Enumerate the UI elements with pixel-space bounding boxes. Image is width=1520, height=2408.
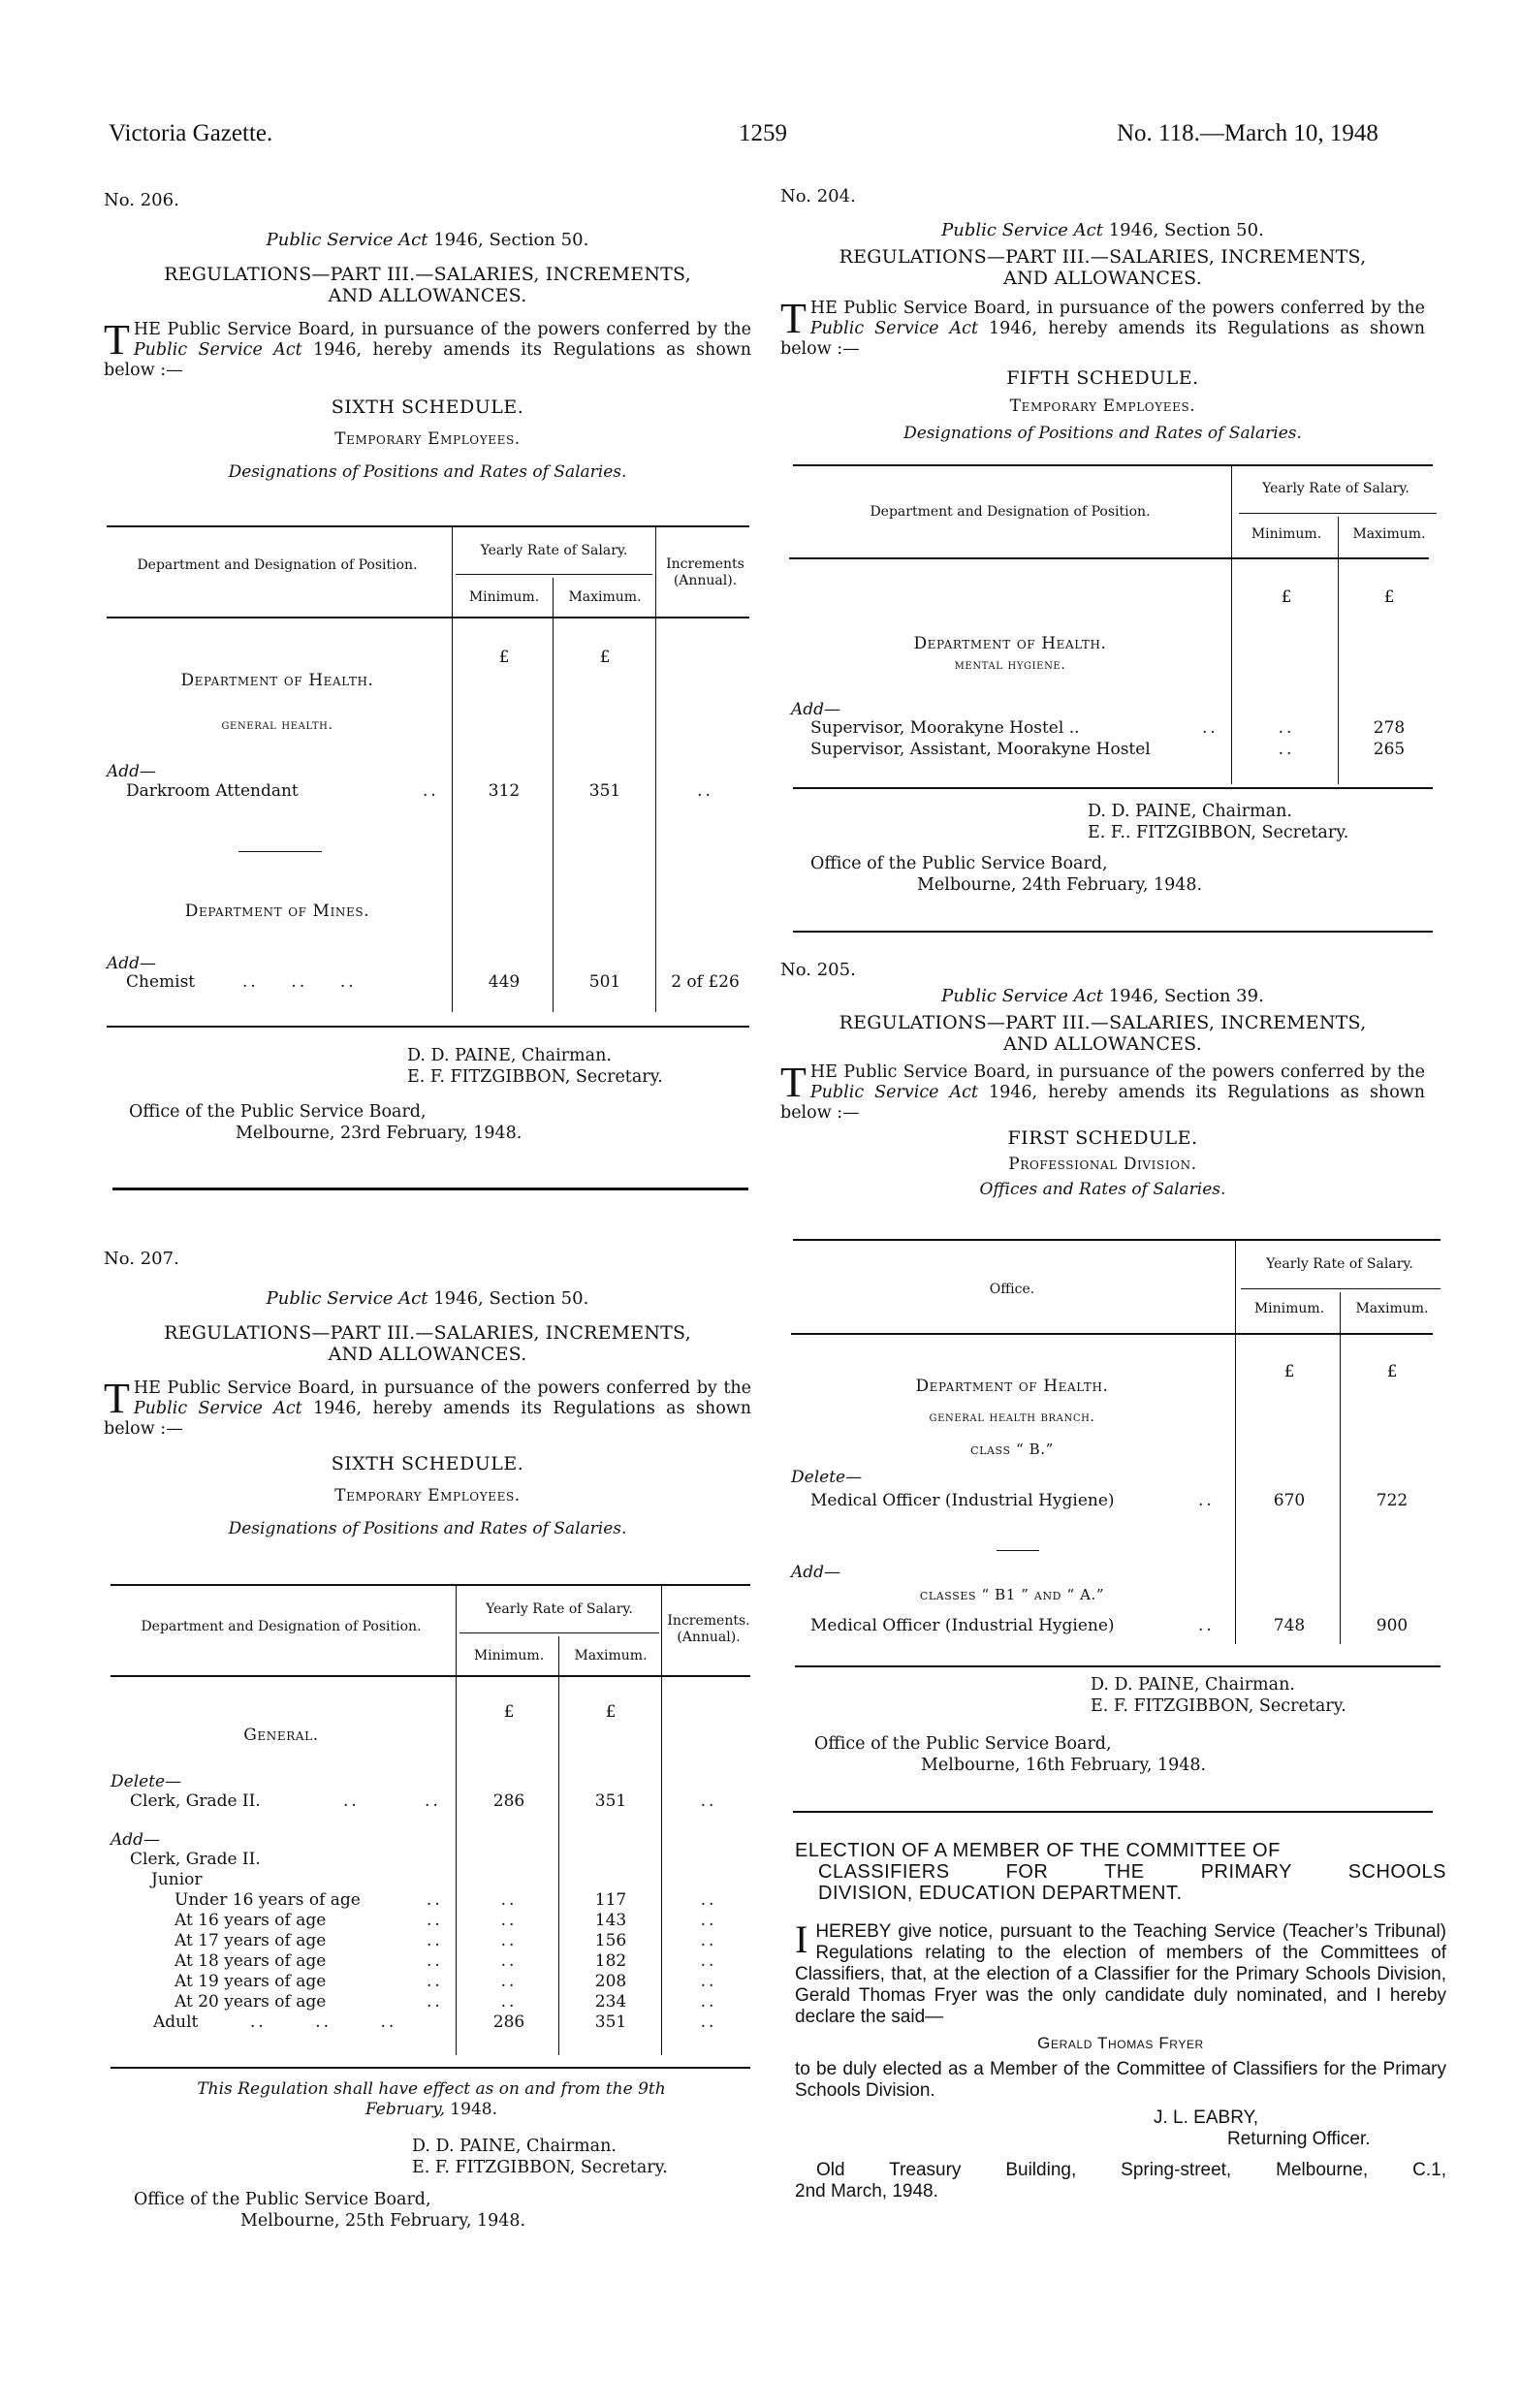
maximum-salary: 278: [1342, 718, 1437, 738]
schedule-subtitle: Offices and Rates of Salaries.: [780, 1180, 1425, 1199]
office-line: Office of the Public Service Board,: [129, 1101, 522, 1123]
chairman-signature: D. D. PAINE, Chairman.: [1091, 1674, 1346, 1695]
schedule-title: SIXTH SCHEDULE.: [104, 396, 751, 418]
drop-cap: T: [104, 1380, 130, 1417]
schedule-title: SIXTH SCHEDULE.: [104, 1453, 751, 1474]
class-label: class “ B.”: [793, 1441, 1231, 1458]
office-date: Melbourne, 25th February, 1948.: [134, 2210, 525, 2232]
office-address: Office of the Public Service Board, Melb…: [814, 1733, 1206, 1776]
currency-max: £: [562, 1702, 659, 1722]
intro-act-name: Public Service Act: [134, 1399, 302, 1418]
intro-paragraph: THE Public Service Board, in pursuance o…: [104, 1378, 751, 1440]
department-health: Department of Health.: [793, 1377, 1231, 1396]
increments: ..: [665, 1911, 752, 1930]
minimum-salary: 670: [1239, 1491, 1340, 1510]
regulations-line-2: AND ALLOWANCES.: [780, 268, 1425, 289]
column-header-maximum: Maximum.: [1342, 526, 1437, 543]
notice-206: No. 206. Public Service Act 1946, Sectio…: [104, 190, 751, 482]
column-header-minimum: Minimum.: [456, 589, 553, 606]
position-name: At 16 years of age: [174, 1911, 326, 1930]
declaration: to be duly elected as a Member of the Co…: [795, 2059, 1446, 2102]
intro-text: HE Public Service Board, in pursuance of…: [134, 1378, 751, 1398]
office-line: Office of the Public Service Board,: [134, 2189, 525, 2210]
regulations-line-2: AND ALLOWANCES.: [104, 285, 751, 306]
signatory: J. L. EABRY,: [795, 2107, 1446, 2129]
intro-act-name: Public Service Act: [810, 319, 978, 338]
section-general: General.: [111, 1726, 452, 1745]
signatory-title: Returning Officer.: [795, 2129, 1446, 2150]
minimum-salary: 286: [459, 1791, 558, 1811]
increments: ..: [665, 1951, 752, 1971]
office-date: Melbourne, 24th February, 1948.: [810, 874, 1202, 896]
notice-number: No. 204.: [780, 186, 1425, 206]
schedule-title: FIRST SCHEDULE.: [780, 1127, 1425, 1149]
column-header-designation: Department and Designation of Position.: [793, 504, 1227, 521]
effect-text: This Regulation shall have effect as on …: [197, 2079, 665, 2119]
signature-block: D. D. PAINE, Chairman. E. F. FITZGIBBON,…: [1091, 1674, 1346, 1717]
increments: ..: [665, 1931, 752, 1950]
position-name: At 18 years of age: [174, 1951, 326, 1971]
maximum-salary: 117: [562, 1890, 659, 1910]
column-header-yearly-rate: Yearly Rate of Salary.: [459, 1601, 659, 1618]
secretary-signature: E. F. FITZGIBBON, Secretary.: [412, 2157, 668, 2178]
column-header-minimum: Minimum.: [459, 1648, 558, 1664]
maximum-salary: 351: [556, 781, 653, 801]
maximum-salary: 722: [1344, 1491, 1441, 1510]
drop-cap: T: [780, 301, 807, 337]
maximum-salary: 900: [1344, 1616, 1441, 1635]
address-date: 2nd March, 1948.: [795, 2181, 1446, 2202]
minimum-salary: 286: [459, 2012, 558, 2032]
position-name: Medical Officer (Industrial Hygiene): [810, 1616, 1115, 1635]
position-name: At 20 years of age: [174, 1992, 326, 2012]
delete-label: Delete—: [111, 1772, 181, 1791]
notice-number: No. 207.: [104, 1249, 751, 1269]
leader-dots: ..: [427, 1951, 443, 1971]
notice-number: No. 205.: [780, 960, 1425, 980]
column-header-minimum: Minimum.: [1235, 526, 1338, 543]
branch-name: general health branch.: [793, 1410, 1231, 1425]
currency-min: £: [1235, 587, 1338, 607]
act-reference: Public Service Act 1946, Section 50.: [104, 1288, 751, 1309]
leader-dots: ..: [1198, 1491, 1215, 1510]
heading-line-3: DIVISION, EDUCATION DEPARTMENT.: [795, 1883, 1446, 1904]
regulations-heading: REGULATIONS—PART III.—SALARIES, INCREMEN…: [780, 246, 1425, 289]
regulations-line-2: AND ALLOWANCES.: [104, 1344, 751, 1365]
effective-date-note: This Regulation shall have effect as on …: [155, 2079, 708, 2120]
column-header-designation: Department and Designation of Position.: [107, 557, 448, 574]
regulations-heading: REGULATIONS—PART III.—SALARIES, INCREMEN…: [104, 1322, 751, 1365]
act-reference: Public Service Act 1946, Section 39.: [780, 986, 1425, 1006]
leader-dots: ..: [1198, 1616, 1215, 1635]
schedule-category: Temporary Employees.: [780, 396, 1425, 416]
intro-act-name: Public Service Act: [134, 340, 302, 360]
act-name: Public Service Act: [267, 230, 428, 250]
column-header-yearly-rate: Yearly Rate of Salary.: [1239, 1256, 1441, 1273]
column-header-yearly-rate: Yearly Rate of Salary.: [1235, 481, 1437, 497]
act-section: 1946, Section 50.: [428, 230, 589, 250]
address-line: Old Treasury Building, Spring-street, Me…: [795, 2160, 1446, 2181]
heading-line-2: CLASSIFIERS FOR THE PRIMARY SCHOOLS: [795, 1861, 1446, 1883]
issue-date: No. 118.—March 10, 1948: [1117, 120, 1378, 147]
intro-act-name: Public Service Act: [810, 1083, 978, 1102]
schedule-subtitle: Designations of Positions and Rates of S…: [780, 424, 1425, 443]
office-address: Office of the Public Service Board, Melb…: [134, 2189, 525, 2232]
effect-year: 1948.: [445, 2100, 497, 2119]
elected-name: Gerald Thomas Fryer: [795, 2034, 1446, 2053]
maximum-salary: 208: [562, 1972, 659, 1991]
regulations-line-1: REGULATIONS—PART III.—SALARIES, INCREMEN…: [104, 1322, 751, 1344]
act-reference: Public Service Act 1946, Section 50.: [780, 220, 1425, 240]
position-name: At 19 years of age: [174, 1972, 326, 1991]
chairman-signature: D. D. PAINE, Chairman.: [1088, 801, 1348, 822]
currency-min: £: [456, 648, 553, 667]
column-header-minimum: Minimum.: [1239, 1301, 1340, 1317]
notice-separator: [793, 931, 1433, 933]
schedule-category: Professional Division.: [780, 1155, 1425, 1174]
signature-block: D. D. PAINE, Chairman. E. F. FITZGIBBON,…: [407, 1045, 663, 1088]
regulations-line-1: REGULATIONS—PART III.—SALARIES, INCREMEN…: [780, 246, 1425, 268]
maximum-salary: 143: [562, 1911, 659, 1930]
gazette-title: Victoria Gazette.: [109, 120, 272, 147]
act-name: Public Service Act: [267, 1288, 428, 1309]
notice-207: No. 207. Public Service Act 1946, Sectio…: [104, 1249, 751, 1538]
act-section: 1946, Section 50.: [428, 1288, 589, 1309]
notice-number: No. 206.: [104, 190, 751, 210]
drop-cap: T: [780, 1064, 807, 1101]
leader-dots: .. ..: [343, 1791, 441, 1811]
increments: ..: [665, 2012, 752, 2032]
schedule-subtitle: Designations of Positions and Rates of S…: [104, 462, 751, 482]
regulations-line-1: REGULATIONS—PART III.—SALARIES, INCREMEN…: [780, 1012, 1425, 1033]
maximum-salary: 182: [562, 1951, 659, 1971]
office-address: Office of the Public Service Board, Melb…: [129, 1101, 522, 1144]
minimum-salary: 449: [456, 972, 553, 992]
position-name: Clerk, Grade II.: [130, 1791, 261, 1811]
department-health: Department of Health.: [793, 634, 1227, 653]
office-date: Melbourne, 16th February, 1948.: [814, 1755, 1206, 1776]
maximum-salary: 234: [562, 1992, 659, 2012]
minimum-salary: 312: [456, 781, 553, 801]
column-header-yearly-rate: Yearly Rate of Salary.: [456, 543, 652, 559]
sub-department: mental hygiene.: [793, 657, 1227, 673]
department-mines: Department of Mines.: [107, 902, 448, 921]
election-body: IHEREBY give notice, pursuant to the Tea…: [795, 1921, 1446, 2028]
act-section: 1946, Section 39.: [1103, 986, 1264, 1006]
position-name: Medical Officer (Industrial Hygiene): [810, 1491, 1115, 1510]
notice-205: No. 205. Public Service Act 1946, Sectio…: [780, 960, 1425, 1199]
drop-cap: I: [795, 1922, 807, 1957]
department-health: Department of Health.: [107, 671, 448, 690]
add-label: Add—: [791, 1563, 840, 1582]
act-name: Public Service Act: [941, 986, 1103, 1006]
column-header-increments: Increments. (Annual).: [665, 1613, 752, 1646]
position-name: Under 16 years of age: [174, 1890, 361, 1910]
minimum-salary: ..: [1235, 718, 1338, 738]
leader-dots: .. .. ..: [242, 972, 357, 992]
add-label: Add—: [107, 762, 156, 781]
office-line: Office of the Public Service Board,: [810, 853, 1202, 874]
maximum-salary: 351: [562, 2012, 659, 2032]
secretary-signature: E. F.. FITZGIBBON, Secretary.: [1088, 822, 1348, 843]
increments: 2 of £26: [659, 972, 751, 992]
position-name: Darkroom Attendant: [126, 781, 299, 801]
increments: ..: [665, 1972, 752, 1991]
column-header-maximum: Maximum.: [562, 1648, 659, 1664]
add-label: Add—: [107, 954, 156, 973]
position-name: Supervisor, Moorakyne Hostel ..: [810, 718, 1080, 738]
column-header-maximum: Maximum.: [556, 589, 653, 606]
add-label: Add—: [791, 700, 840, 719]
leader-dots: ..: [427, 1931, 443, 1950]
page-number: 1259: [739, 120, 787, 147]
section-divider: [238, 851, 322, 852]
regulations-heading: REGULATIONS—PART III.—SALARIES, INCREMEN…: [104, 264, 751, 306]
section-divider: [997, 1550, 1039, 1551]
schedule-title: FIFTH SCHEDULE.: [780, 367, 1425, 389]
drop-cap: T: [104, 322, 130, 359]
position-name: Adult: [153, 2012, 198, 2032]
maximum-salary: 265: [1342, 740, 1437, 759]
position-name: Chemist: [126, 972, 195, 992]
schedule-category: Temporary Employees.: [104, 429, 751, 449]
sub-department: general health.: [107, 717, 448, 733]
act-name: Public Service Act: [941, 220, 1103, 240]
election-heading: ELECTION OF A MEMBER OF THE COMMITTEE OF…: [795, 1840, 1446, 1904]
intro-text: HE Public Service Board, in pursuance of…: [810, 1062, 1425, 1082]
minimum-salary: ..: [459, 1890, 558, 1910]
minimum-salary: 748: [1239, 1616, 1340, 1635]
signature-block: D. D. PAINE, Chairman. E. F. FITZGIBBON,…: [412, 2136, 668, 2178]
column-header-designation: Department and Designation of Position.: [111, 1619, 452, 1635]
maximum-salary: 501: [556, 972, 653, 992]
maximum-salary: 156: [562, 1931, 659, 1950]
add-position: Clerk, Grade II.: [130, 1850, 261, 1869]
leader-dots: ..: [427, 1890, 443, 1910]
currency-min: £: [459, 1702, 558, 1722]
intro-paragraph: THE Public Service Board, in pursuance o…: [780, 299, 1425, 360]
notice-separator: [793, 1811, 1433, 1813]
column-header-maximum: Maximum.: [1344, 1301, 1441, 1317]
leader-dots: ..: [427, 1911, 443, 1930]
intro-paragraph: THE Public Service Board, in pursuance o…: [104, 320, 751, 381]
delete-label: Delete—: [791, 1468, 862, 1487]
minimum-salary: ..: [459, 1972, 558, 1991]
currency-max: £: [556, 648, 653, 667]
election-notice: ELECTION OF A MEMBER OF THE COMMITTEE OF…: [795, 1840, 1446, 2202]
increments: ..: [665, 1890, 752, 1910]
notice-204: No. 204. Public Service Act 1946, Sectio…: [780, 186, 1425, 443]
body-text: HEREBY give notice, pursuant to the Teac…: [795, 1921, 1446, 2027]
leader-dots: ..: [427, 1972, 443, 1991]
chairman-signature: D. D. PAINE, Chairman.: [407, 1045, 663, 1066]
increments: ..: [665, 1791, 752, 1811]
office-address: Office of the Public Service Board, Melb…: [810, 853, 1202, 896]
column-header-increments: Increments (Annual).: [659, 556, 751, 589]
secretary-signature: E. F. FITZGIBBON, Secretary.: [407, 1066, 663, 1088]
leader-dots: ..: [427, 1992, 443, 2012]
intro-text: HE Public Service Board, in pursuance of…: [134, 320, 751, 339]
office-line: Office of the Public Service Board,: [814, 1733, 1206, 1755]
intro-paragraph: THE Public Service Board, in pursuance o…: [780, 1062, 1425, 1124]
heading-line-1: ELECTION OF A MEMBER OF THE COMMITTEE OF: [795, 1840, 1446, 1861]
leader-dots: .. .. ..: [250, 2012, 396, 2032]
position-name: At 17 years of age: [174, 1931, 326, 1950]
increments: ..: [659, 781, 751, 801]
regulations-line-2: AND ALLOWANCES.: [780, 1033, 1425, 1055]
classes-label: classes “ B1 ” and “ A.”: [793, 1586, 1231, 1603]
currency-min: £: [1239, 1362, 1340, 1381]
column-header-office: Office.: [793, 1282, 1231, 1298]
schedule-subtitle: Designations of Positions and Rates of S…: [104, 1519, 751, 1538]
maximum-salary: 351: [562, 1791, 659, 1811]
add-label: Add—: [111, 1830, 160, 1850]
regulations-line-1: REGULATIONS—PART III.—SALARIES, INCREMEN…: [104, 264, 751, 285]
minimum-salary: ..: [1235, 740, 1338, 759]
position-name: Supervisor, Assistant, Moorakyne Hostel: [810, 740, 1151, 759]
junior-label: Junior: [151, 1870, 203, 1889]
intro-text: HE Public Service Board, in pursuance of…: [810, 299, 1425, 318]
office-date: Melbourne, 23rd February, 1948.: [129, 1123, 522, 1144]
chairman-signature: D. D. PAINE, Chairman.: [412, 2136, 668, 2157]
increments: ..: [665, 1992, 752, 2012]
minimum-salary: ..: [459, 1931, 558, 1950]
act-reference: Public Service Act 1946, Section 50.: [104, 230, 751, 250]
act-section: 1946, Section 50.: [1103, 220, 1264, 240]
leader-dots: ..: [1202, 718, 1219, 738]
schedule-category: Temporary Employees.: [104, 1486, 751, 1505]
signature-block: D. D. PAINE, Chairman. E. F.. FITZGIBBON…: [1088, 801, 1348, 843]
regulations-heading: REGULATIONS—PART III.—SALARIES, INCREMEN…: [780, 1012, 1425, 1055]
minimum-salary: ..: [459, 1992, 558, 2012]
currency-max: £: [1344, 1362, 1441, 1381]
minimum-salary: ..: [459, 1951, 558, 1971]
currency-max: £: [1342, 587, 1437, 607]
notice-separator: [112, 1188, 748, 1190]
leader-dots: ..: [423, 781, 439, 801]
secretary-signature: E. F. FITZGIBBON, Secretary.: [1091, 1695, 1346, 1717]
minimum-salary: ..: [459, 1911, 558, 1930]
